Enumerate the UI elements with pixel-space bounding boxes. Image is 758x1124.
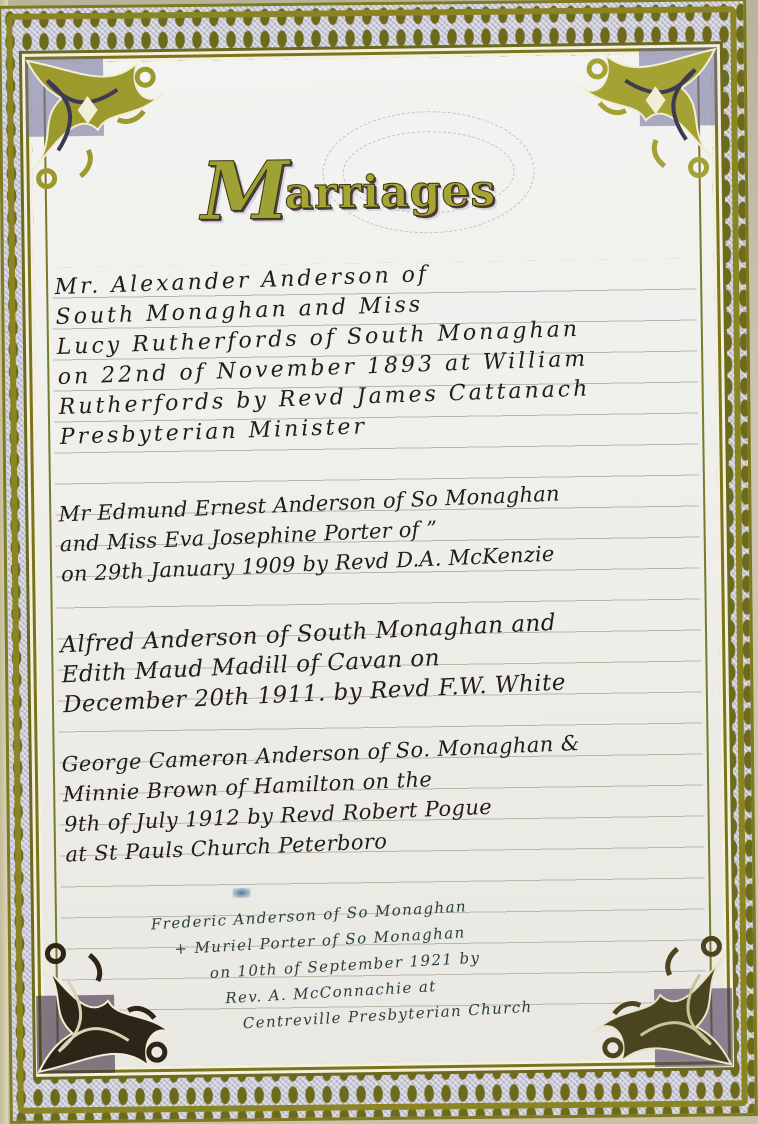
corner-ornament-top-left-icon: [17, 49, 169, 201]
title-rest: arriages: [284, 165, 496, 219]
marriage-entry-4: George Cameron Anderson of So. Monaghan …: [61, 728, 584, 870]
page-title: Marriages: [192, 102, 554, 247]
title-text: Marriages: [200, 140, 496, 238]
bible-page-photo: Marriages Mr. Alexander Anderson of Sout…: [0, 0, 758, 1124]
title-initial: M: [200, 143, 291, 238]
marriage-entry-5: Frederic Anderson of So Monaghan + Murie…: [150, 890, 533, 1041]
corner-ornament-top-right-icon: [575, 39, 727, 191]
register-page: Marriages Mr. Alexander Anderson of Sout…: [31, 53, 725, 1067]
marriage-entry-1: Mr. Alexander Anderson of South Monaghan…: [54, 255, 592, 453]
ink-blot: [233, 888, 251, 898]
corner-ornament-bottom-right-icon: [589, 924, 741, 1076]
